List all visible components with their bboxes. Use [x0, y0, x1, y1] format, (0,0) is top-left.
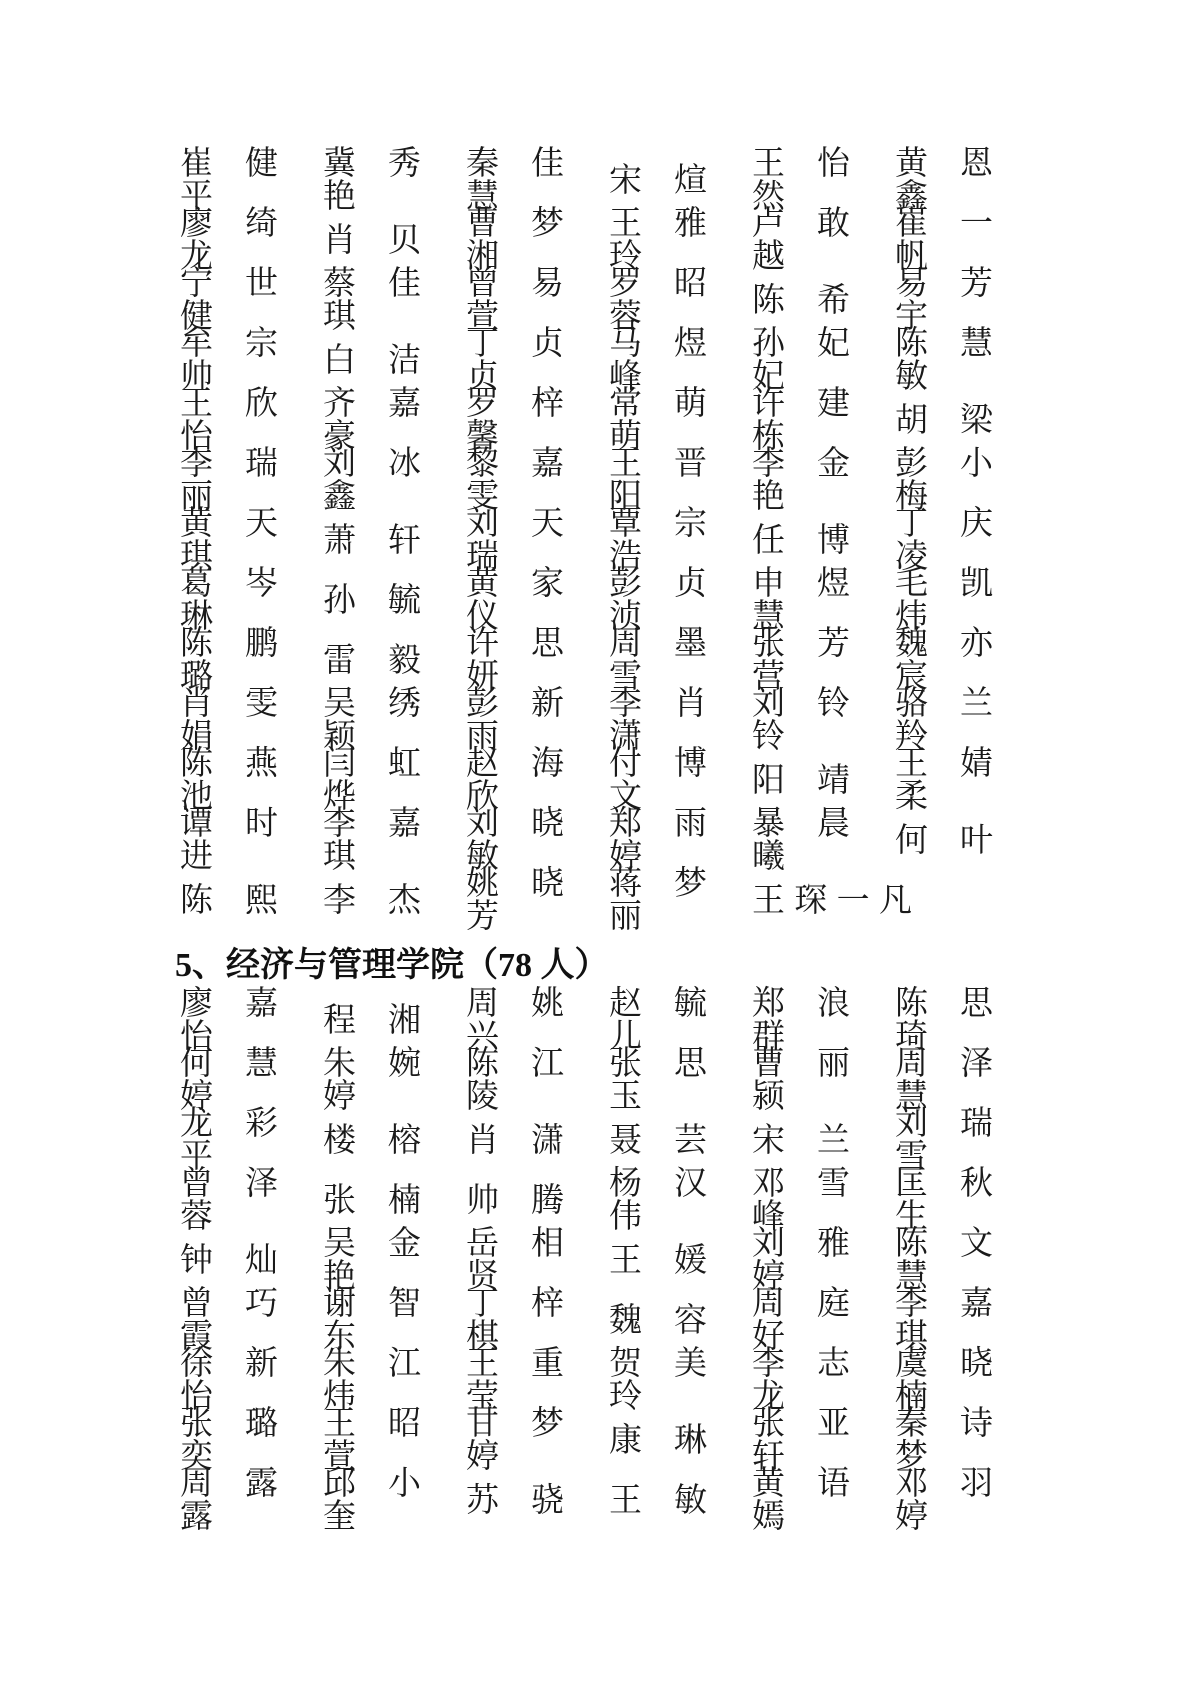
- name-cell: 任博: [752, 525, 850, 558]
- name-cell: 刘铃铃: [752, 688, 850, 754]
- name-row: 廖嘉怡程湘周姚兴赵毓儿郑浪群陈思琦: [180, 991, 1040, 1051]
- name-row: 徐新怡朱江炜王重莹贺美玲李志龙虞晓楠: [180, 1351, 1040, 1411]
- name-cell: 李金艳: [752, 448, 850, 514]
- name-cell: 聂芸: [609, 1125, 707, 1158]
- name-cell: 常萌萌: [609, 388, 707, 454]
- name-cell: 覃宗浩: [609, 508, 707, 574]
- section-heading: 5、经济与管理学院（78 人）: [175, 937, 609, 986]
- name-cell: 邱小奎: [323, 1468, 421, 1534]
- name-cell: 彭贞浈: [609, 568, 707, 634]
- name-row: 肖雯娟吴绣颖彭新雨李肖潇刘铃铃骆兰羚: [180, 691, 1040, 751]
- section-heading-line: 5、经济与管理学院（78 人）: [180, 931, 1040, 991]
- name-cell: 姚晓芳: [466, 868, 564, 934]
- name-cell: 付博文: [609, 748, 707, 814]
- name-cell: 宁世健: [180, 268, 278, 334]
- name-row: 陈鹏璐雷毅许思妍周墨雪张芳营魏亦宸: [180, 631, 1040, 691]
- name-cell: 骆兰羚: [895, 688, 993, 754]
- name-cell: 王琛一凡: [752, 885, 912, 918]
- name-row: 曾泽蓉张楠帅腾杨汉伟邓雪峰匡秋生: [180, 1171, 1040, 1231]
- name-cell: 岳相贤: [466, 1228, 564, 1294]
- name-cell: 陈思琦: [895, 988, 993, 1054]
- name-cell: 雷毅: [323, 645, 421, 678]
- name-cell: 魏容: [609, 1305, 707, 1338]
- name-row: 李瑞丽刘冰鑫黎嘉雯王晋阳李金艳彭小梅: [180, 451, 1040, 511]
- name-cell: 崔健平: [180, 148, 278, 214]
- name-cell: 齐嘉豪: [323, 388, 421, 454]
- name-cell: 罗昭蓉: [609, 268, 707, 334]
- name-row: 张璐奕王昭萱甘梦婷康琳张亚轩秦诗梦: [180, 1411, 1040, 1471]
- name-cell: 陈鹏璐: [180, 628, 278, 694]
- name-cell: 葛岑琳: [180, 568, 278, 634]
- name-cell: 帅腾: [466, 1185, 564, 1218]
- name-row: 崔健平冀秀艳秦佳慧宋煊王怡然黄恩鑫: [180, 151, 1040, 211]
- name-cell: 张思玉: [609, 1048, 707, 1114]
- name-cell: 赵海欣: [466, 748, 564, 814]
- name-cell: 卢敢越: [752, 208, 850, 274]
- name-cell: 冀秀艳: [323, 148, 421, 214]
- name-cell: 黄天琪: [180, 508, 278, 574]
- name-cell: 李嘉琪: [895, 1288, 993, 1354]
- name-cell: 马煜峰: [609, 328, 707, 394]
- name-cell: 周庭好: [752, 1288, 850, 1354]
- name-cell: 罗梓馨: [466, 388, 564, 454]
- name-cell: 孙毓: [323, 585, 421, 618]
- name-cell: 萧轩: [323, 525, 421, 558]
- name-cell: 曹梦湘: [466, 208, 564, 274]
- name-cell: 蒋梦丽: [609, 868, 707, 934]
- name-cell: 阳靖: [752, 765, 850, 798]
- name-cell: 暴晨曦: [752, 808, 850, 874]
- name-cell: 王怡然: [752, 148, 850, 214]
- name-cell: 陈慧敏: [895, 328, 993, 394]
- name-cell: 肖潇: [466, 1125, 564, 1158]
- name-cell: 白洁: [323, 345, 421, 378]
- name-row: 钟灿吴金艳岳相贤王媛刘雅婷陈文慧: [180, 1231, 1040, 1291]
- name-cell: 魏亦宸: [895, 628, 993, 694]
- name-cell: 谢智东: [323, 1288, 421, 1354]
- name-cell: 秦佳慧: [466, 148, 564, 214]
- name-row: 陈燕池闫虹烨赵海欣付博文阳靖王婧柔: [180, 751, 1040, 811]
- name-cell: 刘冰鑫: [323, 448, 421, 514]
- name-cell: 王雅玲: [609, 208, 707, 274]
- name-cell: 吴金艳: [323, 1228, 421, 1294]
- name-cell: 张亚轩: [752, 1408, 850, 1474]
- name-cell: 陈希: [752, 285, 850, 318]
- name-cell: 王重莹: [466, 1348, 564, 1414]
- name-cell: 王婧柔: [895, 748, 993, 814]
- name-cell: 毛凯炜: [895, 568, 993, 634]
- name-row: 何慧婷朱婉婷陈江陵张思玉曹丽颍周泽慧: [180, 1051, 1040, 1111]
- name-cell: 张楠: [323, 1185, 421, 1218]
- name-cell: 崔一帆: [895, 208, 993, 274]
- document-page: 崔健平冀秀艳秦佳慧宋煊王怡然黄恩鑫廖绮龙肖贝曹梦湘王雅玲卢敢越崔一帆宁世健蔡佳琪…: [0, 0, 1191, 1684]
- name-cell: 匡秋生: [895, 1168, 993, 1234]
- name-cell: 康琳: [609, 1425, 707, 1458]
- name-cell: 黄家仪: [466, 568, 564, 634]
- name-cell: 周露露: [180, 1468, 278, 1534]
- name-cell: 朱江炜: [323, 1348, 421, 1414]
- name-cell: 曾巧霞: [180, 1288, 278, 1354]
- name-cell: 李瑞丽: [180, 448, 278, 514]
- name-cell: 张芳营: [752, 628, 850, 694]
- name-cell: 王媛: [609, 1245, 707, 1278]
- name-cell: 彭小梅: [895, 448, 993, 514]
- name-row: 周露露邱小奎苏骁王敏黄语嫣邓羽婷: [180, 1471, 1040, 1531]
- name-row: 曾巧霞谢智东丁梓棋魏容周庭好李嘉琪: [180, 1291, 1040, 1351]
- name-cell: 周墨雪: [609, 628, 707, 694]
- name-cell: 王欣怡: [180, 388, 278, 454]
- name-cell: 谭时进: [180, 808, 278, 874]
- name-row: 龙彩平楼榕肖潇聂芸宋兰刘瑞雪: [180, 1111, 1040, 1171]
- name-cell: 陈熙: [180, 885, 278, 918]
- name-cell: 丁庆凌: [895, 508, 993, 574]
- name-cell: 李志龙: [752, 1348, 850, 1414]
- name-cell: 陈燕池: [180, 748, 278, 814]
- name-cell: 朱婉婷: [323, 1048, 421, 1114]
- name-cell: 曾泽蓉: [180, 1168, 278, 1234]
- name-cell: 丁贞贞: [466, 328, 564, 394]
- name-cell: 廖嘉怡: [180, 988, 278, 1054]
- name-cell: 孙妃妃: [752, 328, 850, 394]
- name-cell: 刘瑞雪: [895, 1108, 993, 1174]
- name-cell: 吴绣颖: [323, 688, 421, 754]
- name-cell: 周姚兴: [466, 988, 564, 1054]
- name-cell: 王敏: [609, 1485, 707, 1518]
- name-cell: 甘梦婷: [466, 1408, 564, 1474]
- name-cell: 郑浪群: [752, 988, 850, 1054]
- name-cell: 刘天瑞: [466, 508, 564, 574]
- name-row: 黄天琪萧轩刘天瑞覃宗浩任博丁庆凌: [180, 511, 1040, 571]
- name-cell: 黄恩鑫: [895, 148, 993, 214]
- name-cell: 丁梓棋: [466, 1288, 564, 1354]
- name-cell: 邓雪峰: [752, 1168, 850, 1234]
- name-cell: 杨汉伟: [609, 1168, 707, 1234]
- name-row: 陈熙李杰姚晓芳蒋梦丽王琛一凡: [180, 871, 1040, 931]
- name-cell: 陈文慧: [895, 1228, 993, 1294]
- name-cell: 龙彩平: [180, 1108, 278, 1174]
- name-cell: 彭新雨: [466, 688, 564, 754]
- name-cell: 贺美玲: [609, 1348, 707, 1414]
- name-row: 王欣怡齐嘉豪罗梓馨常萌萌许建栋胡梁: [180, 391, 1040, 451]
- name-cell: 何叶: [895, 825, 993, 858]
- name-cell: 王昭萱: [323, 1408, 421, 1474]
- name-cell: 徐新怡: [180, 1348, 278, 1414]
- name-cell: 蔡佳琪: [323, 268, 421, 334]
- name-cell: 牟宗帅: [180, 328, 278, 394]
- name-cell: 张璐奕: [180, 1408, 278, 1474]
- name-cell: 黄语嫣: [752, 1468, 850, 1534]
- name-cell: 何慧婷: [180, 1048, 278, 1114]
- name-row: 廖绮龙肖贝曹梦湘王雅玲卢敢越崔一帆: [180, 211, 1040, 271]
- name-cell: 苏骁: [466, 1485, 564, 1518]
- name-cell: 宋兰: [752, 1125, 850, 1158]
- name-cell: 肖雯娟: [180, 688, 278, 754]
- name-cell: 易芳宇: [895, 268, 993, 334]
- name-cell: 程湘: [323, 1005, 421, 1038]
- name-row: 谭时进李嘉琪刘晓敏郑雨婷暴晨曦何叶: [180, 811, 1040, 871]
- name-cell: 黎嘉雯: [466, 448, 564, 514]
- name-cell: 廖绮龙: [180, 208, 278, 274]
- name-cell: 周泽慧: [895, 1048, 993, 1114]
- name-cell: 钟灿: [180, 1245, 278, 1278]
- name-cell: 闫虹烨: [323, 748, 421, 814]
- name-cell: 赵毓儿: [609, 988, 707, 1054]
- name-cell: 李嘉琪: [323, 808, 421, 874]
- name-row: 葛岑琳孙毓黄家仪彭贞浈申煜慧毛凯炜: [180, 571, 1040, 631]
- name-cell: 肖贝: [323, 225, 421, 258]
- name-cell: 邓羽婷: [895, 1468, 993, 1534]
- name-cell: 秦诗梦: [895, 1408, 993, 1474]
- name-cell: 许思妍: [466, 628, 564, 694]
- name-cell: 王晋阳: [609, 448, 707, 514]
- name-cell: 许建栋: [752, 388, 850, 454]
- name-cell: 郑雨婷: [609, 808, 707, 874]
- name-cell: 陈江陵: [466, 1048, 564, 1114]
- name-cell: 李杰: [323, 885, 421, 918]
- name-cell: 曾易萱: [466, 268, 564, 334]
- name-cell: 刘雅婷: [752, 1228, 850, 1294]
- name-cell: 刘晓敏: [466, 808, 564, 874]
- name-cell: 曹丽颍: [752, 1048, 850, 1114]
- name-row: 牟宗帅白洁丁贞贞马煜峰孙妃妃陈慧敏: [180, 331, 1040, 391]
- name-cell: 宋煊: [609, 165, 707, 198]
- name-cell: 楼榕: [323, 1125, 421, 1158]
- name-cell: 李肖潇: [609, 688, 707, 754]
- name-list-content: 崔健平冀秀艳秦佳慧宋煊王怡然黄恩鑫廖绮龙肖贝曹梦湘王雅玲卢敢越崔一帆宁世健蔡佳琪…: [180, 151, 1040, 1531]
- name-cell: 虞晓楠: [895, 1348, 993, 1414]
- name-cell: 胡梁: [895, 405, 993, 438]
- name-cell: 申煜慧: [752, 568, 850, 634]
- name-row: 宁世健蔡佳琪曾易萱罗昭蓉陈希易芳宇: [180, 271, 1040, 331]
